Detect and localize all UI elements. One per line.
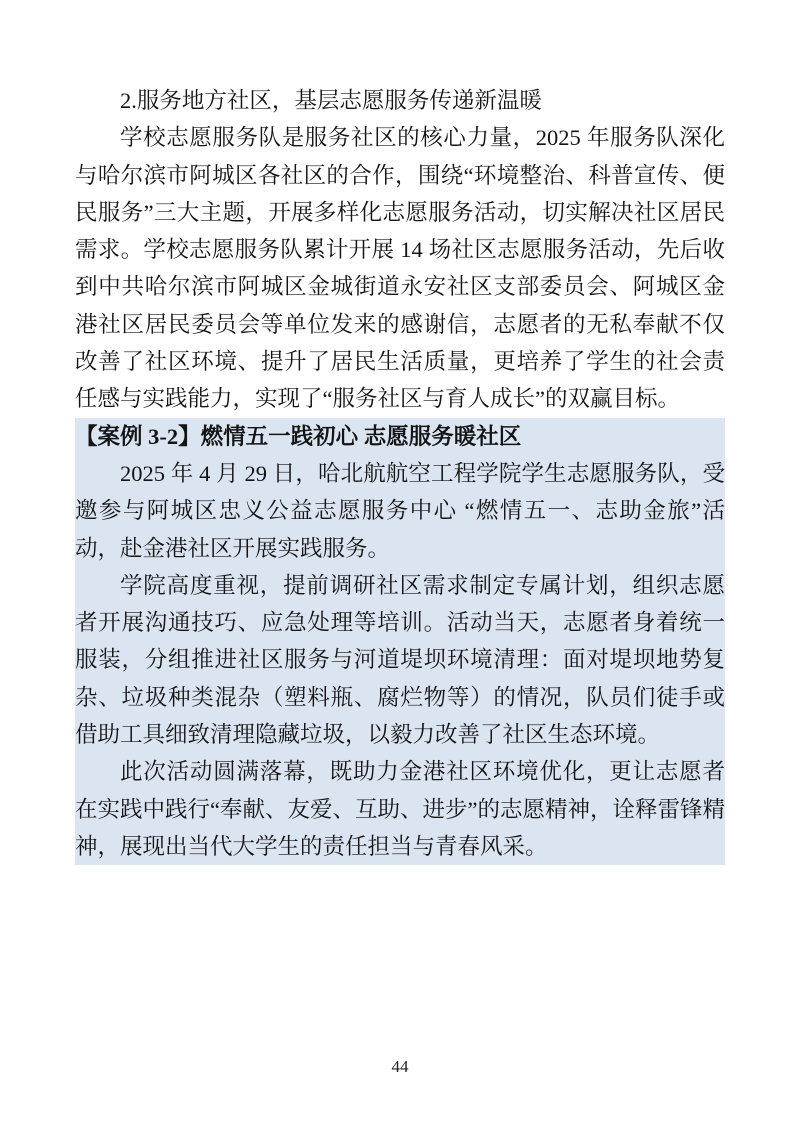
case-paragraph: 学院高度重视，提前调研社区需求制定专属计划，组织志愿者开展沟通技巧、应急处理等培… <box>75 567 725 753</box>
case-paragraph: 此次活动圆满落幕，既助力金港社区环境优化，更让志愿者在实践中践行“奉献、友爱、互… <box>75 753 725 865</box>
case-study-highlight-box: 【案例 3-2】燃情五一践初心 志愿服务暖社区 2025 年 4 月 29 日，… <box>75 418 725 866</box>
body-paragraph: 学校志愿服务队是服务社区的核心力量，2025 年服务队深化与哈尔滨市阿城区各社区… <box>75 119 725 417</box>
case-title: 【案例 3-2】燃情五一践初心 志愿服务暖社区 <box>75 418 725 455</box>
page-number: 44 <box>0 1056 800 1078</box>
section-heading: 2.服务地方社区，基层志愿服务传递新温暖 <box>75 82 725 119</box>
document-page: 2.服务地方社区，基层志愿服务传递新温暖 学校志愿服务队是服务社区的核心力量，2… <box>0 0 800 1131</box>
page-content: 2.服务地方社区，基层志愿服务传递新温暖 学校志愿服务队是服务社区的核心力量，2… <box>75 82 725 865</box>
case-paragraph: 2025 年 4 月 29 日，哈北航航空工程学院学生志愿服务队，受邀参与阿城区… <box>75 455 725 567</box>
